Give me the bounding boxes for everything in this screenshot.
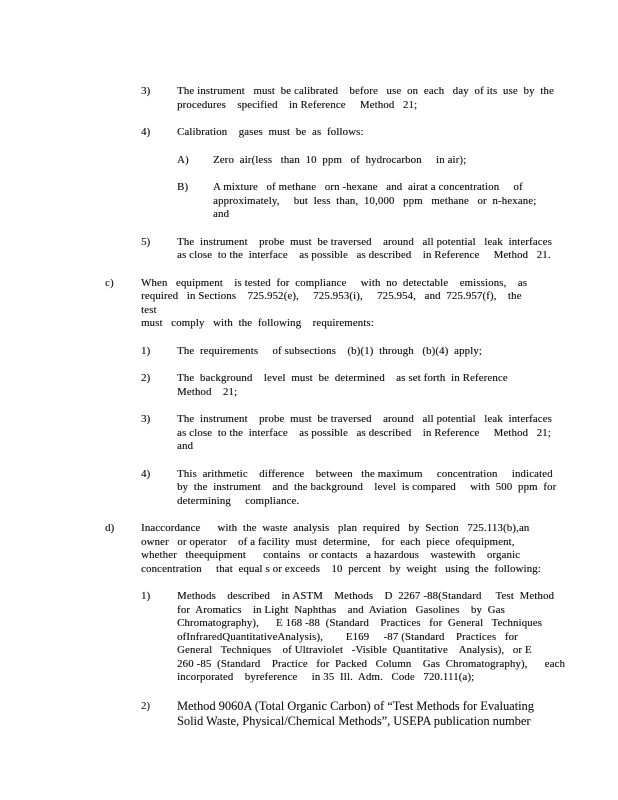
- text-line: incorporated byreference in 35 Ill. Adm.…: [177, 671, 577, 685]
- item-text: The requirements of subsections (b)(1) t…: [177, 345, 577, 359]
- item-text: Inaccordance with the waste analysis pla…: [141, 522, 541, 576]
- text-line: A mixture of methane orn -hexane and air…: [213, 181, 613, 195]
- item-label: 3): [141, 413, 177, 427]
- document-page: 3)The instrument must be calibrated befo…: [0, 0, 618, 800]
- text-line: Zero air(less than 10 ppm of hydrocarbon…: [213, 154, 613, 168]
- text-line: required in Sections 725.952(e), 725.953…: [141, 290, 541, 317]
- item-text: Methods described in ASTM Methods D 2267…: [177, 590, 577, 685]
- list-item: 2)Method 9060A (Total Organic Carbon) of…: [141, 699, 618, 730]
- text-line: When equipment is tested for compliance …: [141, 277, 541, 291]
- list-item: 4)This arithmetic difference between the…: [141, 468, 618, 509]
- item-label: A): [177, 154, 213, 168]
- item-label: 3): [141, 85, 177, 99]
- text-line: whether theequipment contains or contact…: [141, 549, 541, 563]
- list-item: 2)The background level must be determine…: [141, 372, 618, 399]
- list-item: c)When equipment is tested for complianc…: [105, 277, 618, 331]
- item-label: B): [177, 181, 213, 195]
- text-line: The instrument probe must be traversed a…: [177, 236, 577, 250]
- item-text: Zero air(less than 10 ppm of hydrocarbon…: [213, 154, 613, 168]
- text-line: and: [213, 208, 613, 222]
- text-line: 260 -85 (Standard Practice for Packed Co…: [177, 658, 577, 672]
- text-line: Solid Waste, Physical/Chemical Methods”,…: [177, 714, 577, 730]
- text-line: procedures specified in Reference Method…: [177, 99, 577, 113]
- text-line: The instrument must be calibrated before…: [177, 85, 577, 99]
- text-line: This arithmetic difference between the m…: [177, 468, 577, 482]
- text-line: for Aromatics in Light Naphthas and Avia…: [177, 604, 577, 618]
- text-line: The instrument probe must be traversed a…: [177, 413, 577, 427]
- list-item: 4)Calibration gases must be as follows:: [141, 126, 618, 140]
- text-line: The requirements of subsections (b)(1) t…: [177, 345, 577, 359]
- item-text: Calibration gases must be as follows:: [177, 126, 577, 140]
- text-line: approximately, but less than, 10,000 ppm…: [213, 195, 613, 209]
- list-item: d)Inaccordance with the waste analysis p…: [105, 522, 618, 576]
- list-item: 3)The instrument must be calibrated befo…: [141, 85, 618, 112]
- item-text: The background level must be determined …: [177, 372, 577, 399]
- item-label: 4): [141, 126, 177, 140]
- item-label: 5): [141, 236, 177, 250]
- list-item: 5)The instrument probe must be traversed…: [141, 236, 618, 263]
- text-line: ofInfraredQuantitativeAnalysis), E169 -8…: [177, 631, 577, 645]
- text-line: The background level must be determined …: [177, 372, 577, 386]
- item-label: c): [105, 277, 141, 291]
- list-item: A)Zero air(less than 10 ppm of hydrocarb…: [177, 154, 618, 168]
- text-line: Calibration gases must be as follows:: [177, 126, 577, 140]
- item-label: 4): [141, 468, 177, 482]
- item-label: 2): [141, 372, 177, 386]
- item-text: This arithmetic difference between the m…: [177, 468, 577, 509]
- text-line: owner or operator of a facility must det…: [141, 536, 541, 550]
- list-item: 3)The instrument probe must be traversed…: [141, 413, 618, 454]
- list-item: 1)Methods described in ASTM Methods D 22…: [141, 590, 618, 685]
- item-label: 2): [141, 699, 177, 715]
- text-line: as close to the interface as possible as…: [177, 249, 577, 263]
- list-item: B)A mixture of methane orn -hexane and a…: [177, 181, 618, 222]
- item-text: A mixture of methane orn -hexane and air…: [213, 181, 613, 222]
- item-text: When equipment is tested for compliance …: [141, 277, 541, 331]
- item-text: The instrument must be calibrated before…: [177, 85, 577, 112]
- text-line: as close to the interface as possible as…: [177, 427, 577, 441]
- item-text: Method 9060A (Total Organic Carbon) of “…: [177, 699, 577, 730]
- text-line: concentration that equal s or exceeds 10…: [141, 563, 541, 577]
- text-line: by the instrument and the background lev…: [177, 481, 577, 495]
- item-text: The instrument probe must be traversed a…: [177, 413, 577, 454]
- document-body: 3)The instrument must be calibrated befo…: [0, 85, 618, 730]
- item-text: The instrument probe must be traversed a…: [177, 236, 577, 263]
- text-line: Method 9060A (Total Organic Carbon) of “…: [177, 699, 577, 715]
- text-line: Inaccordance with the waste analysis pla…: [141, 522, 541, 536]
- item-label: 1): [141, 590, 177, 604]
- text-line: must comply with the following requireme…: [141, 317, 541, 331]
- list-item: 1)The requirements of subsections (b)(1)…: [141, 345, 618, 359]
- text-line: General Techniques of Ultraviolet -Visib…: [177, 644, 577, 658]
- text-line: and: [177, 440, 577, 454]
- text-line: Chromatography), E 168 -88 (Standard Pra…: [177, 617, 577, 631]
- text-line: Method 21;: [177, 386, 577, 400]
- item-label: d): [105, 522, 141, 536]
- item-label: 1): [141, 345, 177, 359]
- text-line: Methods described in ASTM Methods D 2267…: [177, 590, 577, 604]
- text-line: determining compliance.: [177, 495, 577, 509]
